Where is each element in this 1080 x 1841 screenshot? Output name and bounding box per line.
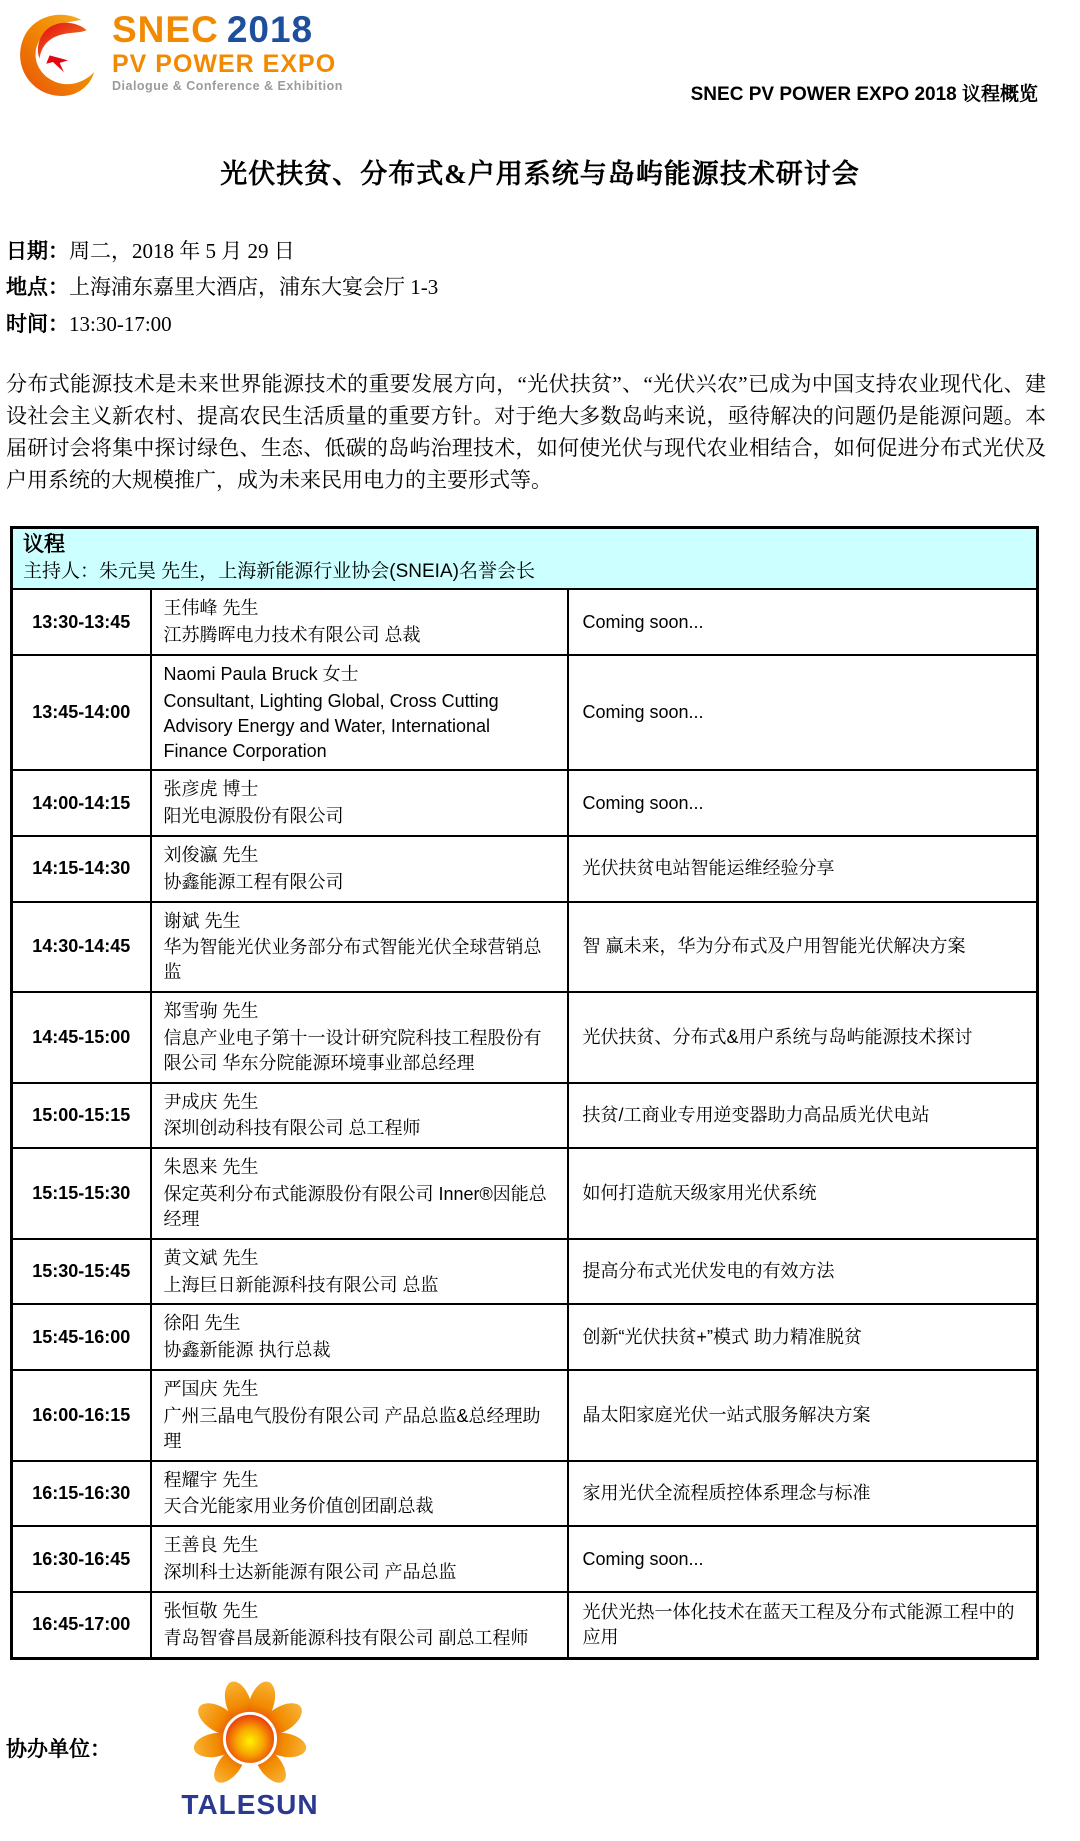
speaker-affiliation: 保定英利分布式能源股份有限公司 Inner®因能总经理 (164, 1182, 555, 1232)
session-topic: 创新“光伏扶贫+”模式 助力精准脱贫 (568, 1304, 1038, 1370)
session-time: 13:45-14:00 (12, 655, 151, 770)
snec-phoenix-icon (16, 11, 100, 108)
speaker-cell: 张彦虎 博士阳光电源股份有限公司 (151, 770, 568, 836)
speaker-affiliation: 江苏腾晖电力技术有限公司 总裁 (164, 623, 555, 648)
agenda-row: 13:45-14:00Naomi Paula Bruck 女士Consultan… (12, 655, 1038, 770)
speaker-name: 朱恩来 先生 (164, 1155, 555, 1180)
top-bar: SNEC2018 PV POWER EXPO Dialogue & Confer… (0, 8, 1080, 108)
snec-logo-subtitle: PV POWER EXPO (112, 51, 343, 77)
time-value: 13:30-17:00 (69, 312, 172, 336)
meta-time-row: 时间：13:30-17:00 (6, 306, 1080, 342)
speaker-affiliation: 华为智能光伏业务部分布式智能光伏全球营销总监 (164, 935, 555, 985)
speaker-name: 刘俊瀛 先生 (164, 843, 555, 868)
speaker-affiliation: 青岛智睿昌晟新能源科技有限公司 副总工程师 (164, 1626, 555, 1651)
agenda-row: 16:45-17:00张恒敬 先生青岛智睿昌晟新能源科技有限公司 副总工程师光伏… (12, 1592, 1038, 1658)
speaker-affiliation: 信息产业电子第十一设计研究院科技工程股份有限公司 华东分院能源环境事业部总经理 (164, 1026, 555, 1076)
agenda-header-cell: 议程 主持人：朱元昊 先生，上海新能源行业协会(SNEIA)名誉会长 (12, 528, 1038, 589)
talesun-logo: TALESUN (175, 1676, 325, 1821)
speaker-affiliation: 阳光电源股份有限公司 (164, 804, 555, 829)
snec-logo: SNEC2018 PV POWER EXPO Dialogue & Confer… (16, 11, 343, 108)
snec-logo-tagline: Dialogue & Conference & Exhibition (112, 80, 343, 93)
speaker-name: Naomi Paula Bruck 女士 (164, 662, 555, 687)
snec-logo-line1: SNEC2018 (112, 11, 343, 49)
session-topic: Coming soon... (568, 770, 1038, 836)
speaker-name: 严国庆 先生 (164, 1377, 555, 1402)
agenda-table: 议程 主持人：朱元昊 先生，上海新能源行业协会(SNEIA)名誉会长 13:30… (10, 526, 1039, 1659)
session-time: 15:15-15:30 (12, 1148, 151, 1238)
agenda-header-row: 议程 主持人：朱元昊 先生，上海新能源行业协会(SNEIA)名誉会长 (12, 528, 1038, 589)
session-time: 15:30-15:45 (12, 1239, 151, 1305)
speaker-name: 黄文斌 先生 (164, 1246, 555, 1271)
session-time: 14:30-14:45 (12, 902, 151, 992)
agenda-header-title: 议程 (23, 532, 1026, 558)
session-time: 16:15-16:30 (12, 1461, 151, 1527)
session-time: 16:45-17:00 (12, 1592, 151, 1658)
session-time: 15:00-15:15 (12, 1083, 151, 1149)
speaker-cell: 王善良 先生深圳科士达新能源有限公司 产品总监 (151, 1526, 568, 1592)
venue-value: 上海浦东嘉里大酒店，浦东大宴会厅 1-3 (69, 275, 438, 299)
speaker-cell: 程耀宇 先生天合光能家用业务价值创团副总裁 (151, 1461, 568, 1527)
speaker-cell: 王伟峰 先生江苏腾晖电力技术有限公司 总裁 (151, 589, 568, 655)
agenda-row: 15:15-15:30朱恩来 先生保定英利分布式能源股份有限公司 Inner®因… (12, 1148, 1038, 1238)
agenda-row: 15:30-15:45黄文斌 先生上海巨日新能源科技有限公司 总监提高分布式光伏… (12, 1239, 1038, 1305)
agenda-row: 13:30-13:45王伟峰 先生江苏腾晖电力技术有限公司 总裁Coming s… (12, 589, 1038, 655)
speaker-cell: Naomi Paula Bruck 女士Consultant, Lighting… (151, 655, 568, 770)
session-topic: Coming soon... (568, 655, 1038, 770)
meta-date-row: 日期：周二，2018 年 5 月 29 日 (6, 233, 1080, 269)
session-topic: 家用光伏全流程质控体系理念与标准 (568, 1461, 1038, 1527)
session-topic: Coming soon... (568, 1526, 1038, 1592)
speaker-cell: 郑雪驹 先生信息产业电子第十一设计研究院科技工程股份有限公司 华东分院能源环境事… (151, 992, 568, 1082)
session-topic: 智 赢未来，华为分布式及户用智能光伏解决方案 (568, 902, 1038, 992)
snec-logo-year: 2018 (227, 9, 313, 50)
speaker-affiliation: 协鑫能源工程有限公司 (164, 870, 555, 895)
speaker-name: 张彦虎 博士 (164, 777, 555, 802)
snec-logo-name: SNEC (112, 9, 219, 50)
session-topic: 扶贫/工商业专用逆变器助力高品质光伏电站 (568, 1083, 1038, 1149)
agenda-row: 15:45-16:00徐阳 先生协鑫新能源 执行总裁创新“光伏扶贫+”模式 助力… (12, 1304, 1038, 1370)
agenda-row: 14:00-14:15张彦虎 博士阳光电源股份有限公司Coming soon..… (12, 770, 1038, 836)
agenda-row: 16:00-16:15严国庆 先生广州三晶电气股份有限公司 产品总监&总经理助理… (12, 1370, 1038, 1460)
session-time: 16:30-16:45 (12, 1526, 151, 1592)
venue-label: 地点： (6, 275, 69, 299)
speaker-cell: 徐阳 先生协鑫新能源 执行总裁 (151, 1304, 568, 1370)
session-time: 16:00-16:15 (12, 1370, 151, 1460)
session-time: 13:30-13:45 (12, 589, 151, 655)
footer: 协办单位： (6, 1676, 1080, 1821)
speaker-affiliation: 上海巨日新能源科技有限公司 总监 (164, 1273, 555, 1298)
session-topic: 晶太阳家庭光伏一站式服务解决方案 (568, 1370, 1038, 1460)
talesun-sun-icon (188, 1676, 312, 1791)
speaker-affiliation: 协鑫新能源 执行总裁 (164, 1338, 555, 1363)
speaker-cell: 黄文斌 先生上海巨日新能源科技有限公司 总监 (151, 1239, 568, 1305)
session-topic: 光伏扶贫电站智能运维经验分享 (568, 836, 1038, 902)
session-time: 14:15-14:30 (12, 836, 151, 902)
speaker-affiliation: 深圳科士达新能源有限公司 产品总监 (164, 1560, 555, 1585)
session-time: 14:45-15:00 (12, 992, 151, 1082)
speaker-name: 王善良 先生 (164, 1533, 555, 1558)
speaker-cell: 刘俊瀛 先生协鑫能源工程有限公司 (151, 836, 568, 902)
agenda-row: 14:15-14:30刘俊瀛 先生协鑫能源工程有限公司光伏扶贫电站智能运维经验分… (12, 836, 1038, 902)
speaker-cell: 谢斌 先生华为智能光伏业务部分布式智能光伏全球营销总监 (151, 902, 568, 992)
talesun-wordmark: TALESUN (181, 1789, 318, 1821)
date-value: 周二，2018 年 5 月 29 日 (69, 239, 295, 263)
speaker-name: 谢斌 先生 (164, 909, 555, 934)
agenda-overview-heading: SNEC PV POWER EXPO 2018 议程概览 (691, 79, 1038, 108)
meta-venue-row: 地点：上海浦东嘉里大酒店，浦东大宴会厅 1-3 (6, 269, 1080, 305)
agenda-row: 15:00-15:15尹成庆 先生深圳创动科技有限公司 总工程师扶贫/工商业专用… (12, 1083, 1038, 1149)
meta-block: 日期：周二，2018 年 5 月 29 日 地点：上海浦东嘉里大酒店，浦东大宴会… (6, 233, 1080, 342)
co-organizer-label: 协办单位： (6, 1733, 111, 1763)
speaker-cell: 严国庆 先生广州三晶电气股份有限公司 产品总监&总经理助理 (151, 1370, 568, 1460)
session-topic: 光伏扶贫、分布式&用户系统与岛屿能源技术探讨 (568, 992, 1038, 1082)
speaker-name: 徐阳 先生 (164, 1311, 555, 1336)
speaker-cell: 朱恩来 先生保定英利分布式能源股份有限公司 Inner®因能总经理 (151, 1148, 568, 1238)
speaker-name: 郑雪驹 先生 (164, 999, 555, 1024)
session-topic: 提高分布式光伏发电的有效方法 (568, 1239, 1038, 1305)
agenda-row: 14:45-15:00郑雪驹 先生信息产业电子第十一设计研究院科技工程股份有限公… (12, 992, 1038, 1082)
intro-paragraph: 分布式能源技术是未来世界能源技术的重要发展方向，“光伏扶贫”、“光伏兴农”已成为… (6, 368, 1046, 497)
speaker-affiliation: Consultant, Lighting Global, Cross Cutti… (164, 689, 555, 763)
moderator-line: 主持人：朱元昊 先生，上海新能源行业协会(SNEIA)名誉会长 (23, 559, 1026, 585)
date-label: 日期： (6, 239, 69, 263)
session-time: 15:45-16:00 (12, 1304, 151, 1370)
session-topic: Coming soon... (568, 589, 1038, 655)
speaker-affiliation: 深圳创动科技有限公司 总工程师 (164, 1116, 555, 1141)
session-topic: 光伏光热一体化技术在蓝天工程及分布式能源工程中的应用 (568, 1592, 1038, 1658)
speaker-affiliation: 广州三晶电气股份有限公司 产品总监&总经理助理 (164, 1404, 555, 1454)
session-time: 14:00-14:15 (12, 770, 151, 836)
agenda-row: 16:30-16:45王善良 先生深圳科士达新能源有限公司 产品总监Coming… (12, 1526, 1038, 1592)
speaker-name: 王伟峰 先生 (164, 596, 555, 621)
snec-logo-text: SNEC2018 PV POWER EXPO Dialogue & Confer… (112, 11, 343, 93)
agenda-row: 16:15-16:30程耀宇 先生天合光能家用业务价值创团副总裁家用光伏全流程质… (12, 1461, 1038, 1527)
speaker-cell: 张恒敬 先生青岛智睿昌晟新能源科技有限公司 副总工程师 (151, 1592, 568, 1658)
time-label: 时间： (6, 312, 69, 336)
session-topic: 如何打造航天级家用光伏系统 (568, 1148, 1038, 1238)
agenda-page: SNEC2018 PV POWER EXPO Dialogue & Confer… (0, 0, 1080, 1841)
seminar-title: 光伏扶贫、分布式&户用系统与岛屿能源技术研讨会 (20, 152, 1060, 191)
speaker-cell: 尹成庆 先生深圳创动科技有限公司 总工程师 (151, 1083, 568, 1149)
speaker-name: 尹成庆 先生 (164, 1090, 555, 1115)
speaker-name: 程耀宇 先生 (164, 1468, 555, 1493)
speaker-affiliation: 天合光能家用业务价值创团副总裁 (164, 1494, 555, 1519)
speaker-name: 张恒敬 先生 (164, 1599, 555, 1624)
agenda-row: 14:30-14:45谢斌 先生华为智能光伏业务部分布式智能光伏全球营销总监智 … (12, 902, 1038, 992)
